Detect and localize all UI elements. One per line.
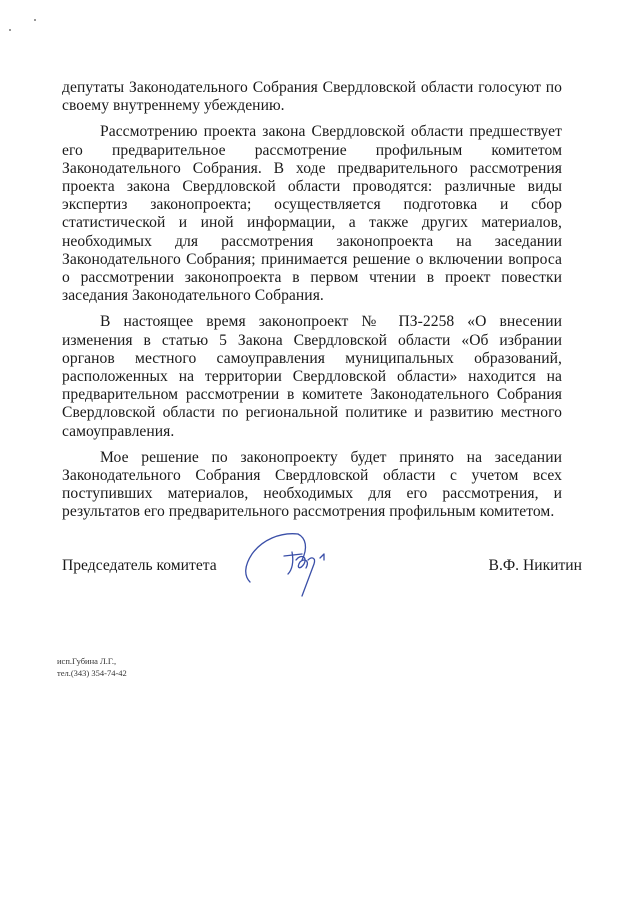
letter-body: депутаты Законодательного Собрания Сверд…	[62, 79, 562, 530]
executor-name: исп.Губина Л.Г.,	[57, 655, 127, 667]
handwritten-signature-icon	[240, 530, 360, 610]
scan-speck	[9, 29, 11, 31]
signatory-title: Председатель комитета	[62, 557, 217, 575]
paragraph-1: депутаты Законодательного Собрания Сверд…	[62, 79, 562, 115]
signatory-name: В.Ф. Никитин	[489, 557, 582, 575]
paragraph-3: В настоящее время законопроект № ПЗ-2258…	[62, 313, 562, 440]
document-page: депутаты Законодательного Собрания Сверд…	[0, 0, 636, 900]
executor-info: исп.Губина Л.Г., тел.(343) 354-74-42	[57, 655, 127, 679]
scan-speck	[34, 19, 36, 21]
paragraph-4: Мое решение по законопроекту будет приня…	[62, 449, 562, 522]
executor-phone: тел.(343) 354-74-42	[57, 667, 127, 679]
paragraph-2: Рассмотрению проекта закона Свердловской…	[62, 123, 562, 305]
